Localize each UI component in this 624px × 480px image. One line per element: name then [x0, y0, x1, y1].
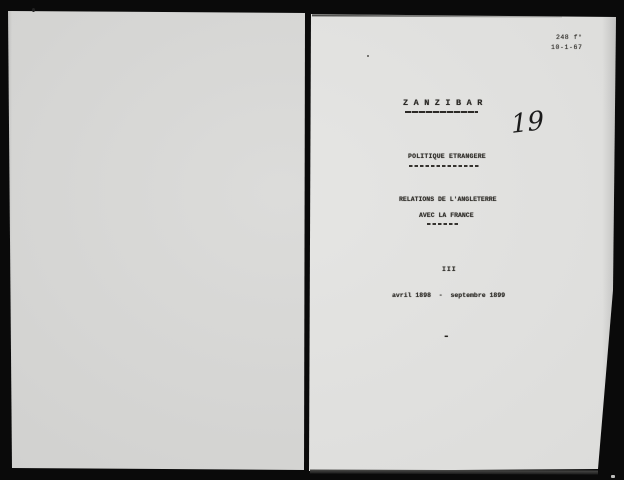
- volume-number: III: [442, 267, 457, 274]
- page-bottom-edge: [310, 469, 598, 474]
- catalog-code: 10-1-67: [551, 45, 583, 52]
- title-underline: [405, 111, 478, 113]
- dust-speck: [611, 475, 615, 478]
- dust-speck: [367, 55, 369, 57]
- title-zanzibar: Z A N Z I B A R: [403, 99, 483, 108]
- subtitle-line-1: RELATIONS DE L'ANGLETERRE: [399, 197, 497, 204]
- date-range: avril 1898 - septembre 1899: [392, 293, 505, 300]
- separator-mark: -: [443, 332, 450, 343]
- heading-underline: [409, 165, 479, 167]
- dust-speck: [32, 8, 35, 12]
- handwritten-folio-number: 19: [510, 108, 544, 138]
- subtitle-line-2: AVEC LA FRANCE: [419, 213, 474, 220]
- subtitle-underline: [427, 223, 458, 225]
- folio-reference: 248 f°: [556, 35, 582, 42]
- archival-scan: 248 f° 10-1-67 Z A N Z I B A R 19 POLITI…: [0, 0, 624, 480]
- heading-politique-etrangere: POLITIQUE ETRANGERE: [408, 154, 486, 161]
